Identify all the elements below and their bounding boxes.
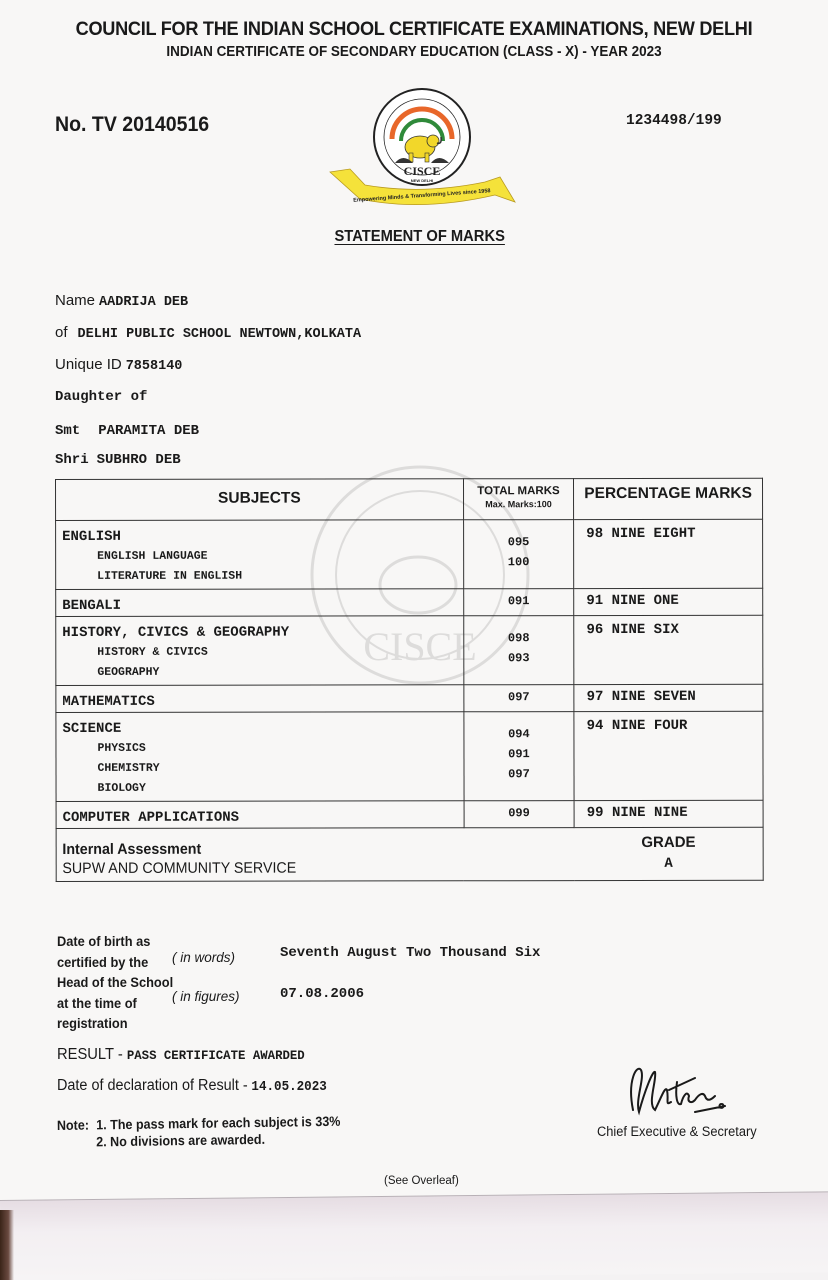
percentage-marks: 99 NINE NINE <box>575 801 763 821</box>
cisce-logo-icon: CISCE NEW DELHI Empowering Minds & Trans… <box>325 87 520 217</box>
internal-assessment-subject: SUPW AND COMMUNITY SERVICE <box>57 857 549 877</box>
name-label: Name <box>55 292 95 309</box>
dob-label-line: Date of birth as <box>57 932 173 953</box>
percentage-marks: 98 NINE EIGHT <box>574 520 762 542</box>
result-value: PASS CERTIFICATE AWARDED <box>127 1048 305 1063</box>
subject-name: ENGLISH <box>56 520 463 545</box>
max-marks-label: Max. Marks:100 <box>464 499 573 509</box>
see-overleaf-note: (See Overleaf) <box>384 1175 459 1187</box>
father-line: ShriSUBHRO DEB <box>55 452 181 468</box>
school-line: ofDELHI PUBLIC SCHOOL NEWTOWN,KOLKATA <box>55 324 361 342</box>
subject-name: BENGALI <box>56 589 463 614</box>
unique-id-line: Unique ID7858140 <box>55 356 182 374</box>
declaration-date: 14.05.2023 <box>251 1080 326 1095</box>
unique-id: 7858140 <box>126 359 183 374</box>
component-marks: 098 <box>464 628 574 648</box>
internal-assessment-row: Internal Assessment SUPW AND COMMUNITY S… <box>56 827 763 881</box>
table-row: ENGLISHENGLISH LANGUAGELITERATURE IN ENG… <box>56 519 763 589</box>
note-item: 2. No divisions are awarded. <box>96 1132 265 1150</box>
percentage-marks: 96 NINE SIX <box>574 616 762 638</box>
percentage-header: PERCENTAGE MARKS <box>574 478 763 519</box>
candidate-name-line: NameAADRIJA DEB <box>55 292 188 310</box>
note-item: 1. The pass mark for each subject is 33% <box>96 1114 340 1133</box>
component-marks: 091 <box>464 744 574 764</box>
signatory-title: Chief Executive & Secretary <box>597 1124 757 1139</box>
table-row: COMPUTER APPLICATIONS09999 NINE NINE <box>56 800 763 828</box>
school-label: of <box>55 324 68 341</box>
relation-label: Daughter of <box>55 389 147 405</box>
subject-name: SCIENCE <box>56 712 463 737</box>
component-marks: 100 <box>464 552 574 572</box>
percentage-marks: 91 NINE ONE <box>574 589 762 609</box>
total-marks-header: TOTAL MARKS Max. Marks:100 <box>463 479 574 520</box>
result-label: RESULT - <box>57 1046 123 1063</box>
note-label: Note: <box>57 1118 89 1133</box>
dob-label-line: at the time of <box>57 994 173 1015</box>
subject-name: HISTORY, CIVICS & GEOGRAPHY <box>56 616 463 641</box>
total-marks-label: TOTAL MARKS <box>464 479 573 497</box>
component-marks: 094 <box>464 724 574 744</box>
school-name: DELHI PUBLIC SCHOOL NEWTOWN,KOLKATA <box>78 327 362 342</box>
subject-name: COMPUTER APPLICATIONS <box>57 801 464 826</box>
component-marks: 093 <box>464 648 574 668</box>
subject-marks: 097 <box>464 685 574 707</box>
certificate-number: No. TV 20140516 <box>55 113 209 137</box>
declaration-line: Date of declaration of Result -14.05.202… <box>57 1077 327 1095</box>
subject-marks: 099 <box>464 801 574 823</box>
statement-of-marks-title: STATEMENT OF MARKS <box>335 228 505 246</box>
subject-marks: 091 <box>464 589 574 611</box>
component-marks: 097 <box>464 764 574 784</box>
result-line: RESULT - PASS CERTIFICATE AWARDED <box>57 1046 305 1064</box>
table-header-row: SUBJECTS TOTAL MARKS Max. Marks:100 PERC… <box>56 478 763 520</box>
table-row: BENGALI09191 NINE ONE <box>56 588 763 616</box>
table-row: HISTORY, CIVICS & GEOGRAPHYHISTORY & CIV… <box>56 615 763 685</box>
mother-name: PARAMITA DEB <box>98 423 199 439</box>
dob-label: Date of birth ascertified by theHead of … <box>57 932 173 1035</box>
dob-figures-label: ( in figures) <box>172 989 240 1004</box>
dob-label-line: Head of the School <box>57 973 173 994</box>
father-name: SUBHRO DEB <box>97 452 181 468</box>
unique-id-label: Unique ID <box>55 356 122 373</box>
dob-label-line: certified by the <box>57 953 173 974</box>
mother-label: Smt <box>55 423 80 439</box>
declaration-label: Date of declaration of Result - <box>57 1077 248 1094</box>
component-name: GEOGRAPHY <box>56 660 463 681</box>
component-name: CHEMISTRY <box>56 756 463 777</box>
component-name: HISTORY & CIVICS <box>56 640 463 661</box>
dob-figures: 07.08.2006 <box>280 986 364 1002</box>
percentage-marks: 97 NINE SEVEN <box>575 685 763 705</box>
internal-assessment-title: Internal Assessment <box>57 828 549 858</box>
mother-line: SmtPARAMITA DEB <box>55 423 199 439</box>
grade-value: A <box>574 851 762 872</box>
subjects-header: SUBJECTS <box>56 479 464 521</box>
component-name: ENGLISH LANGUAGE <box>56 544 463 565</box>
notes: Note: 1. The pass mark for each subject … <box>57 1113 341 1151</box>
svg-text:CISCE: CISCE <box>404 164 441 178</box>
candidate-name: AADRIJA DEB <box>99 295 188 310</box>
dob-words: Seventh August Two Thousand Six <box>280 945 540 961</box>
svg-text:NEW DELHI: NEW DELHI <box>411 178 433 183</box>
grade-label: GRADE <box>574 828 762 851</box>
percentage-marks: 94 NINE FOUR <box>575 712 763 734</box>
component-name: LITERATURE IN ENGLISH <box>56 564 463 585</box>
serial-number: 1234498/199 <box>626 113 722 129</box>
component-name: BIOLOGY <box>57 776 464 797</box>
component-name: PHYSICS <box>56 736 463 757</box>
dob-label-line: registration <box>57 1014 173 1035</box>
subject-name: MATHEMATICS <box>56 685 463 710</box>
table-row: SCIENCEPHYSICSCHEMISTRYBIOLOGY0940910979… <box>56 711 763 801</box>
dob-words-label: ( in words) <box>172 950 235 965</box>
photo-edge <box>0 1210 14 1280</box>
component-marks: 095 <box>464 532 574 552</box>
signature-icon <box>625 1060 765 1120</box>
council-heading: COUNCIL FOR THE INDIAN SCHOOL CERTIFICAT… <box>29 18 799 41</box>
exam-subheading: INDIAN CERTIFICATE OF SECONDARY EDUCATIO… <box>29 44 799 60</box>
marks-table: SUBJECTS TOTAL MARKS Max. Marks:100 PERC… <box>55 478 764 882</box>
table-row: MATHEMATICS09797 NINE SEVEN <box>56 684 763 712</box>
table-surface <box>0 1191 828 1280</box>
father-label: Shri <box>55 452 89 468</box>
document-title: STATEMENT OF MARKS <box>0 228 828 246</box>
